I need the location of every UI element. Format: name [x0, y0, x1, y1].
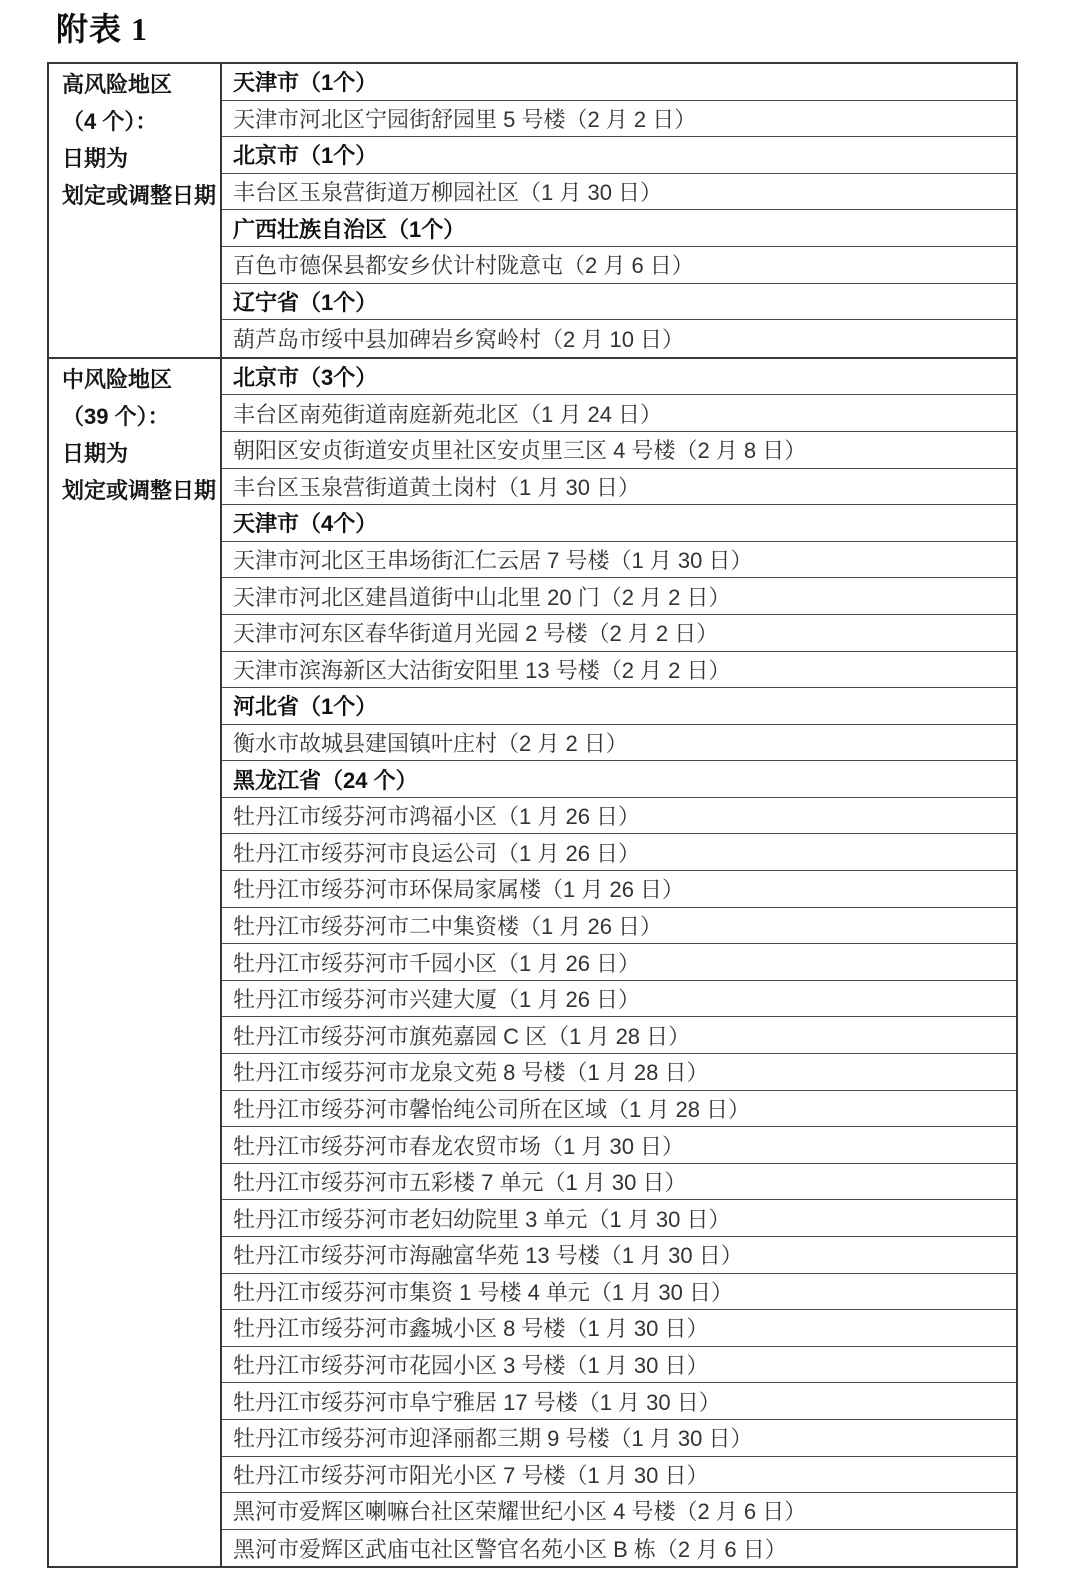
province-header-row: 河北省（1个）	[222, 688, 1016, 725]
area-row: 牡丹江市绥芬河市鸿福小区（1 月 26 日）	[222, 798, 1016, 835]
area-row: 黑河市爱辉区喇嘛台社区荣耀世纪小区 4 号楼（2 月 6 日）	[222, 1493, 1016, 1530]
area-row: 丰台区玉泉营街道万柳园社区（1 月 30 日）	[222, 174, 1016, 211]
area-row: 牡丹江市绥芬河市老妇幼院里 3 单元（1 月 30 日）	[222, 1200, 1016, 1237]
area-row: 牡丹江市绥芬河市兴建大厦（1 月 26 日）	[222, 981, 1016, 1018]
area-row: 天津市河北区宁园街舒园里 5 号楼（2 月 2 日）	[222, 101, 1016, 138]
area-row: 朝阳区安贞街道安贞里社区安贞里三区 4 号楼（2 月 8 日）	[222, 432, 1016, 469]
province-header-row: 北京市（1个）	[222, 137, 1016, 174]
area-row: 牡丹江市绥芬河市集资 1 号楼 4 单元（1 月 30 日）	[222, 1274, 1016, 1311]
section-rows: 北京市（3个）丰台区南苑街道南庭新苑北区（1 月 24 日）朝阳区安贞街道安贞里…	[222, 359, 1016, 1567]
province-header-row: 辽宁省（1个）	[222, 284, 1016, 321]
section-label-line: 日期为	[62, 140, 212, 177]
section-rows: 天津市（1个）天津市河北区宁园街舒园里 5 号楼（2 月 2 日）北京市（1个）…	[222, 64, 1016, 357]
province-header-row: 北京市（3个）	[222, 359, 1016, 396]
province-header-row: 天津市（4个）	[222, 505, 1016, 542]
area-row: 牡丹江市绥芬河市旗苑嘉园 C 区（1 月 28 日）	[222, 1017, 1016, 1054]
section-label-line: 划定或调整日期	[62, 472, 212, 509]
section-label: 高风险地区（4 个）：日期为划定或调整日期	[49, 64, 222, 357]
section-label-line: 高风险地区	[62, 66, 212, 103]
area-row: 牡丹江市绥芬河市阳光小区 7 号楼（1 月 30 日）	[222, 1457, 1016, 1494]
area-row: 天津市河北区王串场街汇仁云居 7 号楼（1 月 30 日）	[222, 542, 1016, 579]
area-row: 牡丹江市绥芬河市良运公司（1 月 26 日）	[222, 834, 1016, 871]
section-label-line: 日期为	[62, 435, 212, 472]
section-label: 中风险地区（39 个）：日期为划定或调整日期	[49, 359, 222, 1567]
area-row: 衡水市故城县建国镇叶庄村（2 月 2 日）	[222, 725, 1016, 762]
area-row: 牡丹江市绥芬河市鑫城小区 8 号楼（1 月 30 日）	[222, 1310, 1016, 1347]
medium-risk-section: 中风险地区（39 个）：日期为划定或调整日期北京市（3个）丰台区南苑街道南庭新苑…	[49, 359, 1016, 1567]
page-title: 附表 1	[56, 4, 148, 50]
province-header-row: 黑龙江省（24 个）	[222, 761, 1016, 798]
area-row: 牡丹江市绥芬河市环保局家属楼（1 月 26 日）	[222, 871, 1016, 908]
area-row: 牡丹江市绥芬河市迎泽丽都三期 9 号楼（1 月 30 日）	[222, 1420, 1016, 1457]
section-label-line: （4 个）：	[62, 103, 212, 140]
area-row: 牡丹江市绥芬河市千园小区（1 月 26 日）	[222, 944, 1016, 981]
area-row: 天津市滨海新区大沽街安阳里 13 号楼（2 月 2 日）	[222, 652, 1016, 689]
area-row: 天津市河东区春华街道月光园 2 号楼（2 月 2 日）	[222, 615, 1016, 652]
area-row: 牡丹江市绥芬河市花园小区 3 号楼（1 月 30 日）	[222, 1347, 1016, 1384]
area-row: 丰台区玉泉营街道黄土岗村（1 月 30 日）	[222, 469, 1016, 506]
area-row: 丰台区南苑街道南庭新苑北区（1 月 24 日）	[222, 395, 1016, 432]
high-risk-section: 高风险地区（4 个）：日期为划定或调整日期天津市（1个）天津市河北区宁园街舒园里…	[49, 64, 1016, 359]
province-header-row: 广西壮族自治区（1个）	[222, 210, 1016, 247]
section-label-line: （39 个）：	[62, 398, 212, 435]
area-row: 葫芦岛市绥中县加碑岩乡窝岭村（2 月 10 日）	[222, 320, 1016, 357]
area-row: 牡丹江市绥芬河市春龙农贸市场（1 月 30 日）	[222, 1127, 1016, 1164]
section-label-line: 划定或调整日期	[62, 177, 212, 214]
risk-area-table: 高风险地区（4 个）：日期为划定或调整日期天津市（1个）天津市河北区宁园街舒园里…	[47, 62, 1018, 1568]
area-row: 牡丹江市绥芬河市海融富华苑 13 号楼（1 月 30 日）	[222, 1237, 1016, 1274]
area-row: 百色市德保县都安乡伏计村陇意屯（2 月 6 日）	[222, 247, 1016, 284]
area-row: 牡丹江市绥芬河市馨怡纯公司所在区域（1 月 28 日）	[222, 1091, 1016, 1128]
area-row: 黑河市爱辉区武庙屯社区警官名苑小区 B 栋（2 月 6 日）	[222, 1530, 1016, 1567]
area-row: 牡丹江市绥芬河市二中集资楼（1 月 26 日）	[222, 908, 1016, 945]
area-row: 牡丹江市绥芬河市龙泉文苑 8 号楼（1 月 28 日）	[222, 1054, 1016, 1091]
area-row: 牡丹江市绥芬河市阜宁雅居 17 号楼（1 月 30 日）	[222, 1383, 1016, 1420]
area-row: 牡丹江市绥芬河市五彩楼 7 单元（1 月 30 日）	[222, 1164, 1016, 1201]
section-label-line: 中风险地区	[62, 361, 212, 398]
area-row: 天津市河北区建昌道街中山北里 20 门（2 月 2 日）	[222, 578, 1016, 615]
province-header-row: 天津市（1个）	[222, 64, 1016, 101]
